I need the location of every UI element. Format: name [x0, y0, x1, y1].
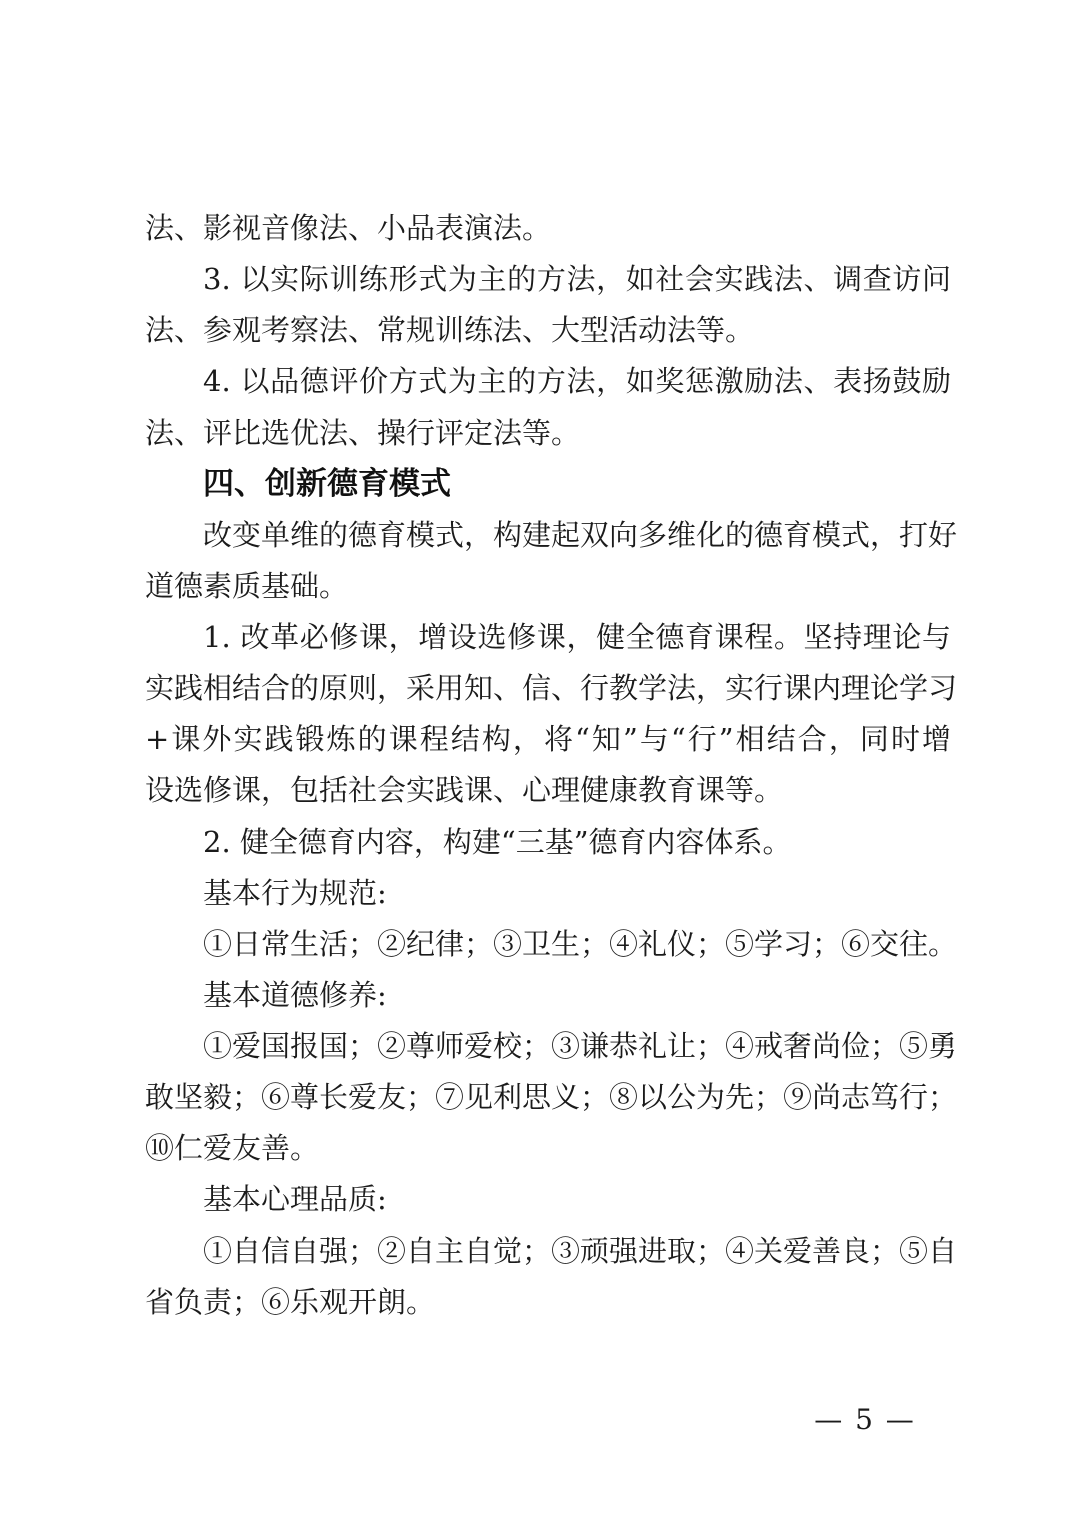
list-items-line: ①爱国报国；②尊师爱校；③谦恭礼让；④戒奢尚俭；⑤勇 [145, 1021, 951, 1072]
section-heading: 四、创新德育模式 [145, 459, 951, 510]
text-line: 法、影视音像法、小品表演法。 [145, 203, 951, 254]
list-items-line: ⑩仁爱友善。 [145, 1123, 951, 1174]
text-line: 4. 以品德评价方式为主的方法，如奖惩激励法、表扬鼓励 [145, 356, 951, 407]
list-label: 基本行为规范: [145, 868, 951, 919]
document-page: 法、影视音像法、小品表演法。 3. 以实际训练形式为主的方法，如社会实践法、调查… [0, 0, 1080, 1527]
list-items-line: 省负责；⑥乐观开朗。 [145, 1277, 951, 1328]
document-text-block: 法、影视音像法、小品表演法。 3. 以实际训练形式为主的方法，如社会实践法、调查… [145, 203, 951, 1328]
list-items-line: ①自信自强；②自主自觉；③顽强进取；④关爱善良；⑤自 [145, 1226, 951, 1277]
text-line: 3. 以实际训练形式为主的方法，如社会实践法、调查访问 [145, 254, 951, 305]
list-label: 基本心理品质: [145, 1174, 951, 1225]
list-label: 基本道德修养: [145, 970, 951, 1021]
text-line: 法、参观考察法、常规训练法、大型活动法等。 [145, 305, 951, 356]
text-line: 2. 健全德育内容，构建“三基”德育内容体系。 [145, 817, 951, 868]
text-line: 道德素质基础。 [145, 561, 951, 612]
text-line: 实践相结合的原则，采用知、信、行教学法，实行课内理论学习 [145, 663, 951, 714]
text-line: +课外实践锻炼的课程结构，将“知”与“行”相结合，同时增 [145, 714, 951, 765]
text-line: 法、评比选优法、操行评定法等。 [145, 408, 951, 459]
text-line: 改变单维的德育模式，构建起双向多维化的德育模式，打好 [145, 510, 951, 561]
list-items-line: ①日常生活；②纪律；③卫生；④礼仪；⑤学习；⑥交往。 [145, 919, 951, 970]
text-line: 设选修课，包括社会实践课、心理健康教育课等。 [145, 765, 951, 816]
page-number: — 5 — [790, 1398, 940, 1442]
list-items-line: 敢坚毅；⑥尊长爱友；⑦见利思义；⑧以公为先；⑨尚志笃行； [145, 1072, 951, 1123]
text-line: 1. 改革必修课，增设选修课，健全德育课程。坚持理论与 [145, 612, 951, 663]
